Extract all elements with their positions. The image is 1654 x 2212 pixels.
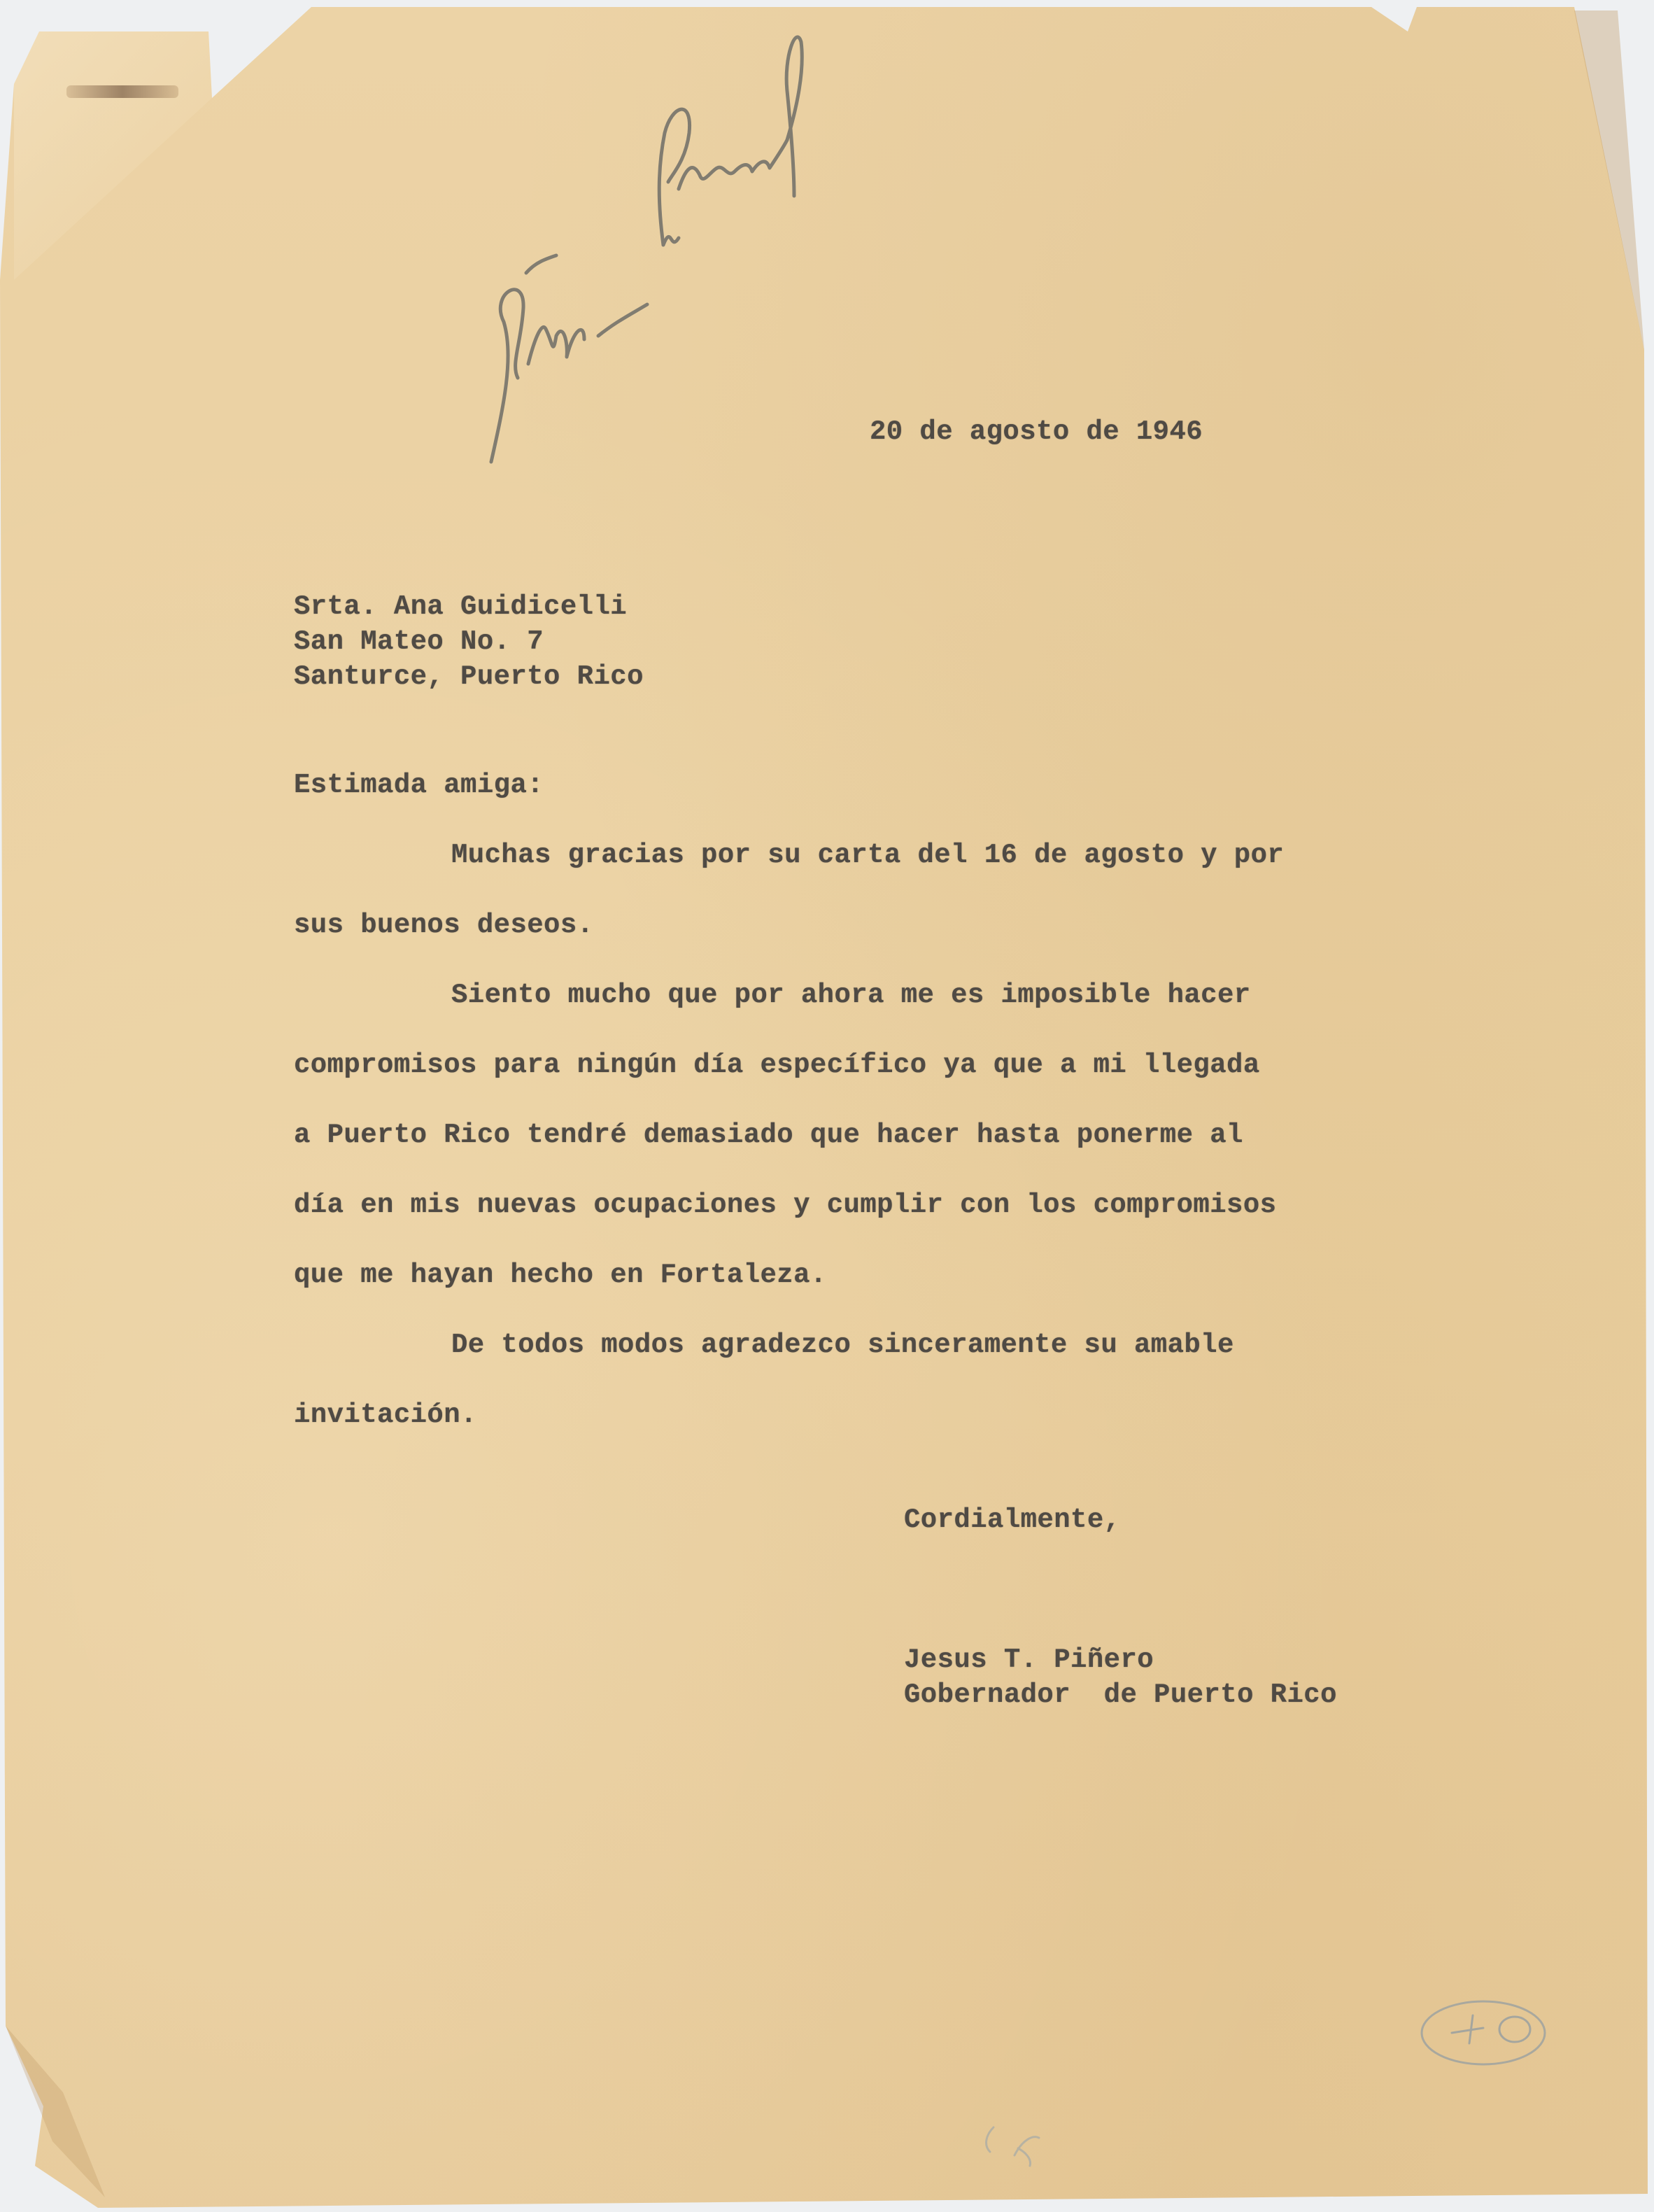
recipient-street: San Mateo No. 7	[294, 624, 544, 659]
body-line-4: compromisos para ningún día específico y…	[294, 1048, 1260, 1083]
body-line-9: invitación.	[294, 1397, 477, 1432]
body-line-8: De todos modos agradezco sinceramente su…	[451, 1327, 1234, 1362]
body-line-3: Siento mucho que por ahora me es imposib…	[451, 978, 1251, 1013]
body-line-5: a Puerto Rico tendré demasiado que hacer…	[294, 1118, 1243, 1153]
salutation: Estimada amiga:	[294, 768, 544, 803]
aged-paper-sheet	[0, 0, 1654, 2212]
signer-title: Gobernador de Puerto Rico	[904, 1677, 1337, 1712]
document-scan: 20 de agosto de 1946 Srta. Ana Guidicell…	[0, 0, 1654, 2212]
letter-date: 20 de agosto de 1946	[870, 414, 1203, 449]
body-line-6: día en mis nuevas ocupaciones y cumplir …	[294, 1188, 1276, 1223]
closing: Cordialmente,	[904, 1502, 1120, 1537]
body-line-2: sus buenos deseos.	[294, 908, 593, 943]
body-line-1: Muchas gracias por su carta del 16 de ag…	[451, 838, 1284, 873]
recipient-city: Santurce, Puerto Rico	[294, 659, 644, 694]
recipient-name: Srta. Ana Guidicelli	[294, 589, 627, 624]
signer-name: Jesus T. Piñero	[904, 1642, 1154, 1677]
staple-stain	[66, 85, 178, 98]
body-line-7: que me hayan hecho en Fortaleza.	[294, 1258, 827, 1292]
